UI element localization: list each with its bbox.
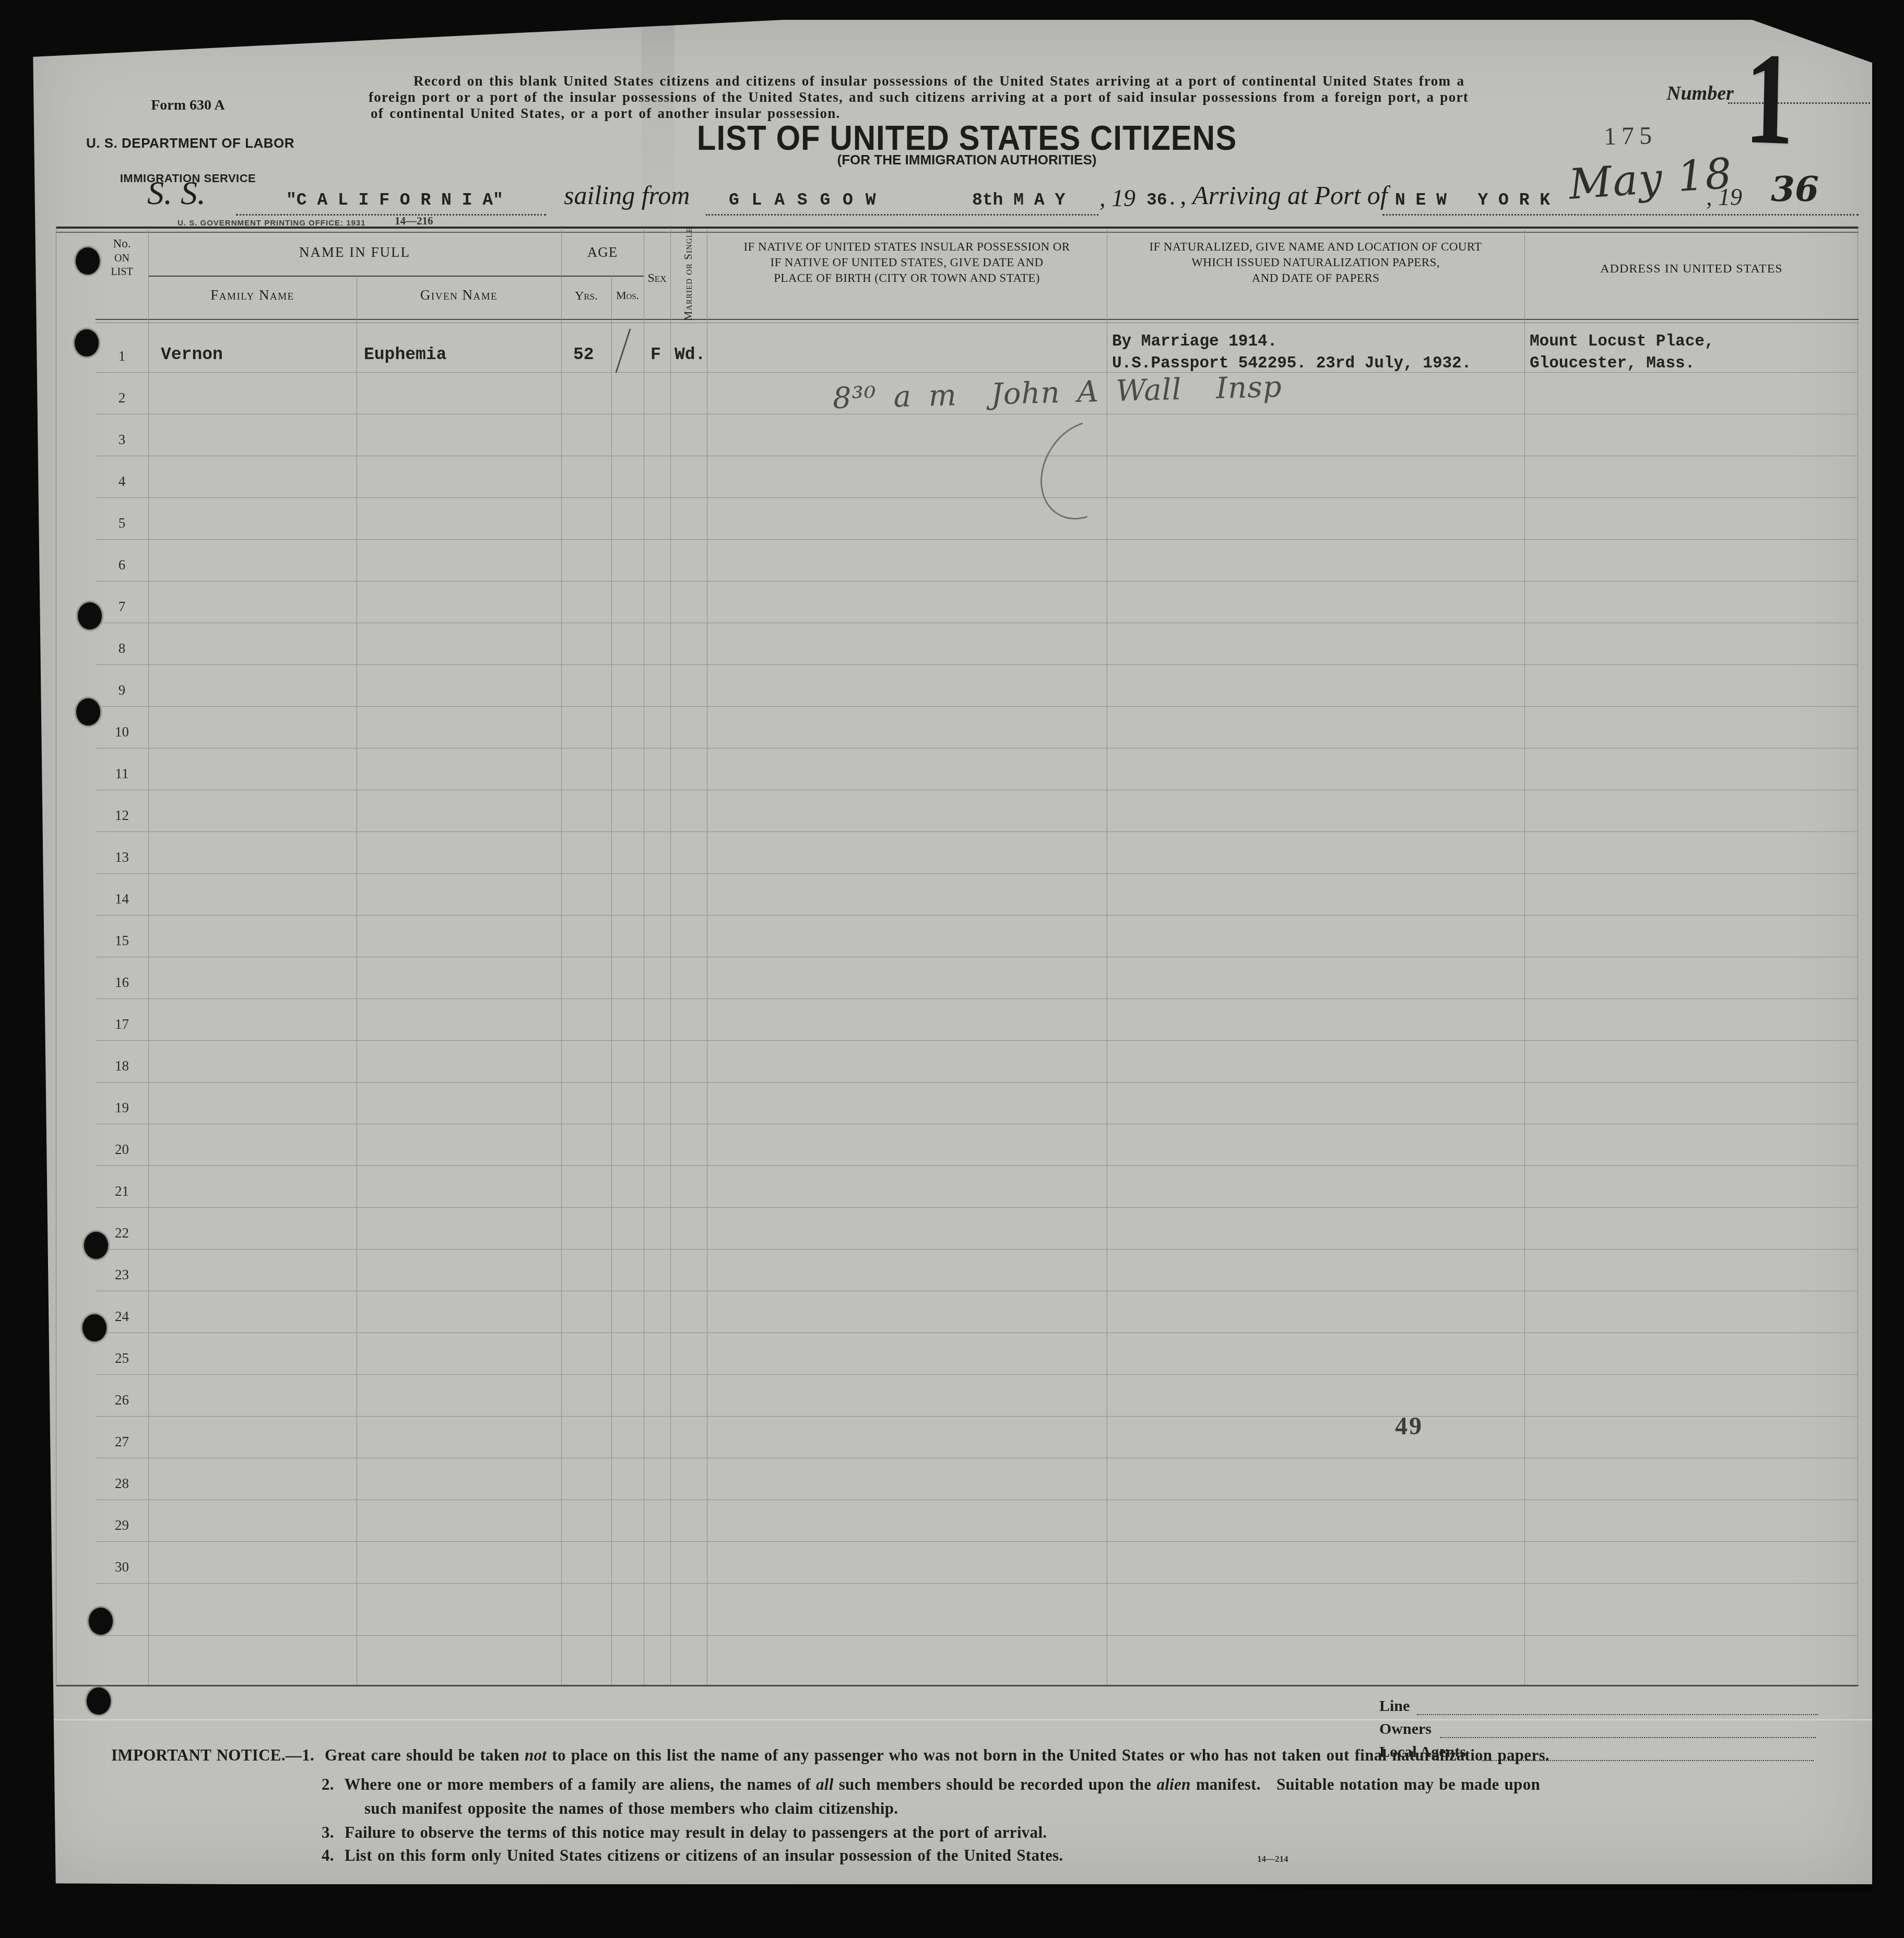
stamp-49: 49 <box>1395 1412 1423 1441</box>
arrival-port-blank <box>1382 214 1859 216</box>
header-list: LIST <box>96 265 148 279</box>
row-line <box>96 1249 1858 1250</box>
row-line <box>96 790 1858 790</box>
row-number: 4 <box>96 473 148 490</box>
table-right-edge <box>1858 227 1858 1686</box>
punch-hole <box>82 1314 107 1341</box>
preamble-line-2: foreign port or a port of the insular po… <box>369 89 1469 105</box>
header-married-or-single: Married or Single <box>670 230 707 318</box>
sailing-year-prefix: , 19 <box>1099 185 1136 212</box>
scan-border-bottom <box>0 1878 1904 1938</box>
plate-code-bottom: 14—214 <box>1257 1854 1288 1864</box>
row-line <box>96 497 1858 498</box>
row1-age-yrs: 52 <box>573 346 594 365</box>
row-number: 6 <box>96 557 148 573</box>
scanned-manifest-page: Form 630 A U. S. DEPARTMENT OF LABOR IMM… <box>0 0 1904 1938</box>
header-address: ADDRESS IN UNITED STATES <box>1524 261 1859 277</box>
departure-blank <box>706 214 1098 216</box>
row1-family-name: Vernon <box>161 346 223 365</box>
row-line <box>96 831 1858 832</box>
row-line <box>96 1374 1858 1375</box>
row-number: 25 <box>96 1350 148 1366</box>
column-divider <box>357 276 357 1685</box>
row-number: 11 <box>96 766 148 782</box>
row-number: 29 <box>96 1517 148 1533</box>
table-left-edge <box>56 227 56 1686</box>
row-number: 1 <box>96 348 148 364</box>
header-family-name: Family Name <box>148 286 357 304</box>
header-given-name: Given Name <box>357 286 561 304</box>
sailing-day: 8th M A Y <box>972 191 1065 210</box>
row-number: 8 <box>96 640 148 657</box>
header-birth-line2: IF NATIVE OF UNITED STATES, GIVE DATE AN… <box>707 255 1107 270</box>
row-line <box>96 1500 1858 1500</box>
row-line <box>96 414 1858 414</box>
department-name: U. S. DEPARTMENT OF LABOR <box>86 136 290 151</box>
header-age: AGE <box>561 243 644 261</box>
row-line <box>96 998 1858 999</box>
owners-blank <box>1440 1737 1816 1738</box>
row-number: 9 <box>96 682 148 698</box>
row-line <box>96 706 1858 707</box>
header-name-in-full: NAME IN FULL <box>148 243 561 261</box>
row-line <box>96 873 1858 874</box>
row1-given-name: Euphemia <box>364 346 446 365</box>
arrival-year-handwritten: 36 <box>1771 170 1819 209</box>
header-on: ON <box>96 252 148 265</box>
row-number: 28 <box>96 1476 148 1492</box>
row1-married: Wd. <box>675 346 705 365</box>
row-number: 17 <box>96 1016 148 1032</box>
notice-line-2: 2. Where one or more members of a family… <box>322 1776 1540 1794</box>
header-married-or-single-text: Married or Single <box>681 227 695 321</box>
header-mos: Mos. <box>611 288 644 303</box>
header-birth-line3: PLACE OF BIRTH (CITY OR TOWN AND STATE) <box>707 270 1107 286</box>
arrival-year-prefix: , 19 <box>1706 184 1742 211</box>
form-number: Form 630 A <box>86 97 290 113</box>
arrival-port: N E W Y O R K <box>1395 191 1550 210</box>
punch-hole <box>89 1608 113 1635</box>
notice-line-1: IMPORTANT NOTICE.—1. Great care should b… <box>111 1746 1550 1765</box>
header-naturalization: IF NATURALIZED, GIVE NAME AND LOCATION O… <box>1107 239 1524 286</box>
ship-name-blank <box>236 214 546 216</box>
page-number-stamp: 1 <box>1744 32 1795 164</box>
row-line <box>96 1166 1858 1166</box>
row1-naturalization-line2: U.S.Passport 542295. 23rd July, 1932. <box>1112 355 1471 373</box>
header-sex: Sex <box>644 270 670 287</box>
header-yrs: Yrs. <box>561 288 611 304</box>
row-number: 30 <box>96 1559 148 1575</box>
sheet-stamp-175: 175 <box>1604 122 1658 151</box>
row-line <box>96 623 1858 623</box>
line-label: Line <box>1379 1697 1410 1715</box>
scan-border-right <box>1872 0 1904 1938</box>
sailing-from-label: sailing from <box>564 181 690 210</box>
notice-line-4: 4. List on this form only United States … <box>322 1847 1063 1865</box>
row-line <box>96 748 1858 748</box>
row-number: 2 <box>96 390 148 406</box>
row-line <box>96 1635 1858 1636</box>
row-line <box>96 1541 1858 1542</box>
header-underline-name <box>148 276 561 277</box>
notice-line-2-continued: such manifest opposite the names of thos… <box>364 1800 898 1818</box>
table-bottom-rule <box>56 1685 1859 1686</box>
header-bottom-rule-light <box>96 323 1859 323</box>
row1-address-line1: Mount Locust Place, <box>1530 333 1714 351</box>
sailing-year: 36. <box>1146 191 1177 210</box>
row-line <box>96 1207 1858 1208</box>
table-top-rule-light <box>56 232 1859 233</box>
row-number: 13 <box>96 849 148 865</box>
row-number: 18 <box>96 1058 148 1074</box>
paper-crease <box>32 1719 1872 1720</box>
row1-sex: F <box>651 346 661 365</box>
row-line <box>96 1416 1858 1417</box>
row-line <box>96 1040 1858 1041</box>
arriving-label: , Arriving at Port of <box>1180 181 1388 210</box>
header-no: No. <box>96 236 148 252</box>
row-line <box>96 957 1858 957</box>
punch-hole <box>76 247 100 275</box>
punch-hole <box>87 1687 111 1715</box>
row-number: 14 <box>96 891 148 907</box>
plate-code-top: 14—216 <box>395 215 433 228</box>
row-line <box>96 581 1858 581</box>
row-line <box>96 1583 1858 1584</box>
row-number: 19 <box>96 1100 148 1116</box>
page-subtitle: (FOR THE IMMIGRATION AUTHORITIES) <box>837 152 1097 168</box>
ss-label: S. S. <box>147 174 206 212</box>
row-line <box>96 1124 1858 1124</box>
column-divider <box>611 276 612 1685</box>
punch-hole <box>75 329 99 356</box>
punch-hole <box>76 698 100 726</box>
line-blank <box>1417 1714 1818 1715</box>
row-line <box>96 456 1858 456</box>
row-number: 20 <box>96 1142 148 1158</box>
row-line <box>96 1458 1858 1458</box>
row-number: 10 <box>96 724 148 740</box>
header-bottom-rule-heavy <box>96 319 1859 320</box>
departure-port: G L A S G O W <box>729 191 877 210</box>
row-line <box>96 664 1858 665</box>
row-line <box>96 539 1858 540</box>
table-top-rule-heavy <box>56 227 1859 229</box>
row-number: 16 <box>96 974 148 991</box>
preamble-line-1: Record on this blank United States citiz… <box>413 73 1464 89</box>
header-underline-age <box>561 276 644 277</box>
punch-hole <box>78 602 102 629</box>
row-number: 21 <box>96 1183 148 1199</box>
header-naturalization-line3: AND DATE OF PAPERS <box>1107 270 1524 286</box>
row-number: 12 <box>96 807 148 824</box>
row-number: 26 <box>96 1392 148 1408</box>
row-line <box>96 915 1858 916</box>
header-naturalization-line2: WHICH ISSUED NATURALIZATION PAPERS, <box>1107 255 1524 270</box>
owners-label: Owners <box>1379 1720 1432 1738</box>
header-no-on-list: No. ON LIST <box>96 236 148 279</box>
row-line <box>96 1082 1858 1083</box>
row-number: 15 <box>96 933 148 949</box>
row1-address-line2: Gloucester, Mass. <box>1530 355 1695 373</box>
row-number: 23 <box>96 1267 148 1283</box>
row-number: 5 <box>96 515 148 531</box>
header-birth: IF NATIVE OF UNITED STATES INSULAR POSSE… <box>707 239 1107 286</box>
row-number: 3 <box>96 432 148 448</box>
header-birth-line1: IF NATIVE OF UNITED STATES INSULAR POSSE… <box>707 239 1107 255</box>
row-line <box>96 1333 1858 1333</box>
notice-line-3: 3. Failure to observe the terms of this … <box>322 1824 1047 1842</box>
punch-hole <box>84 1232 108 1259</box>
row-number: 27 <box>96 1434 148 1450</box>
row-line <box>96 1291 1858 1291</box>
number-label: Number <box>1666 82 1734 105</box>
row1-naturalization-line1: By Marriage 1914. <box>1112 333 1277 351</box>
header-naturalization-line1: IF NATURALIZED, GIVE NAME AND LOCATION O… <box>1107 239 1524 255</box>
ship-name: "C A L I F O R N I A" <box>286 191 503 210</box>
row-number: 7 <box>96 599 148 615</box>
